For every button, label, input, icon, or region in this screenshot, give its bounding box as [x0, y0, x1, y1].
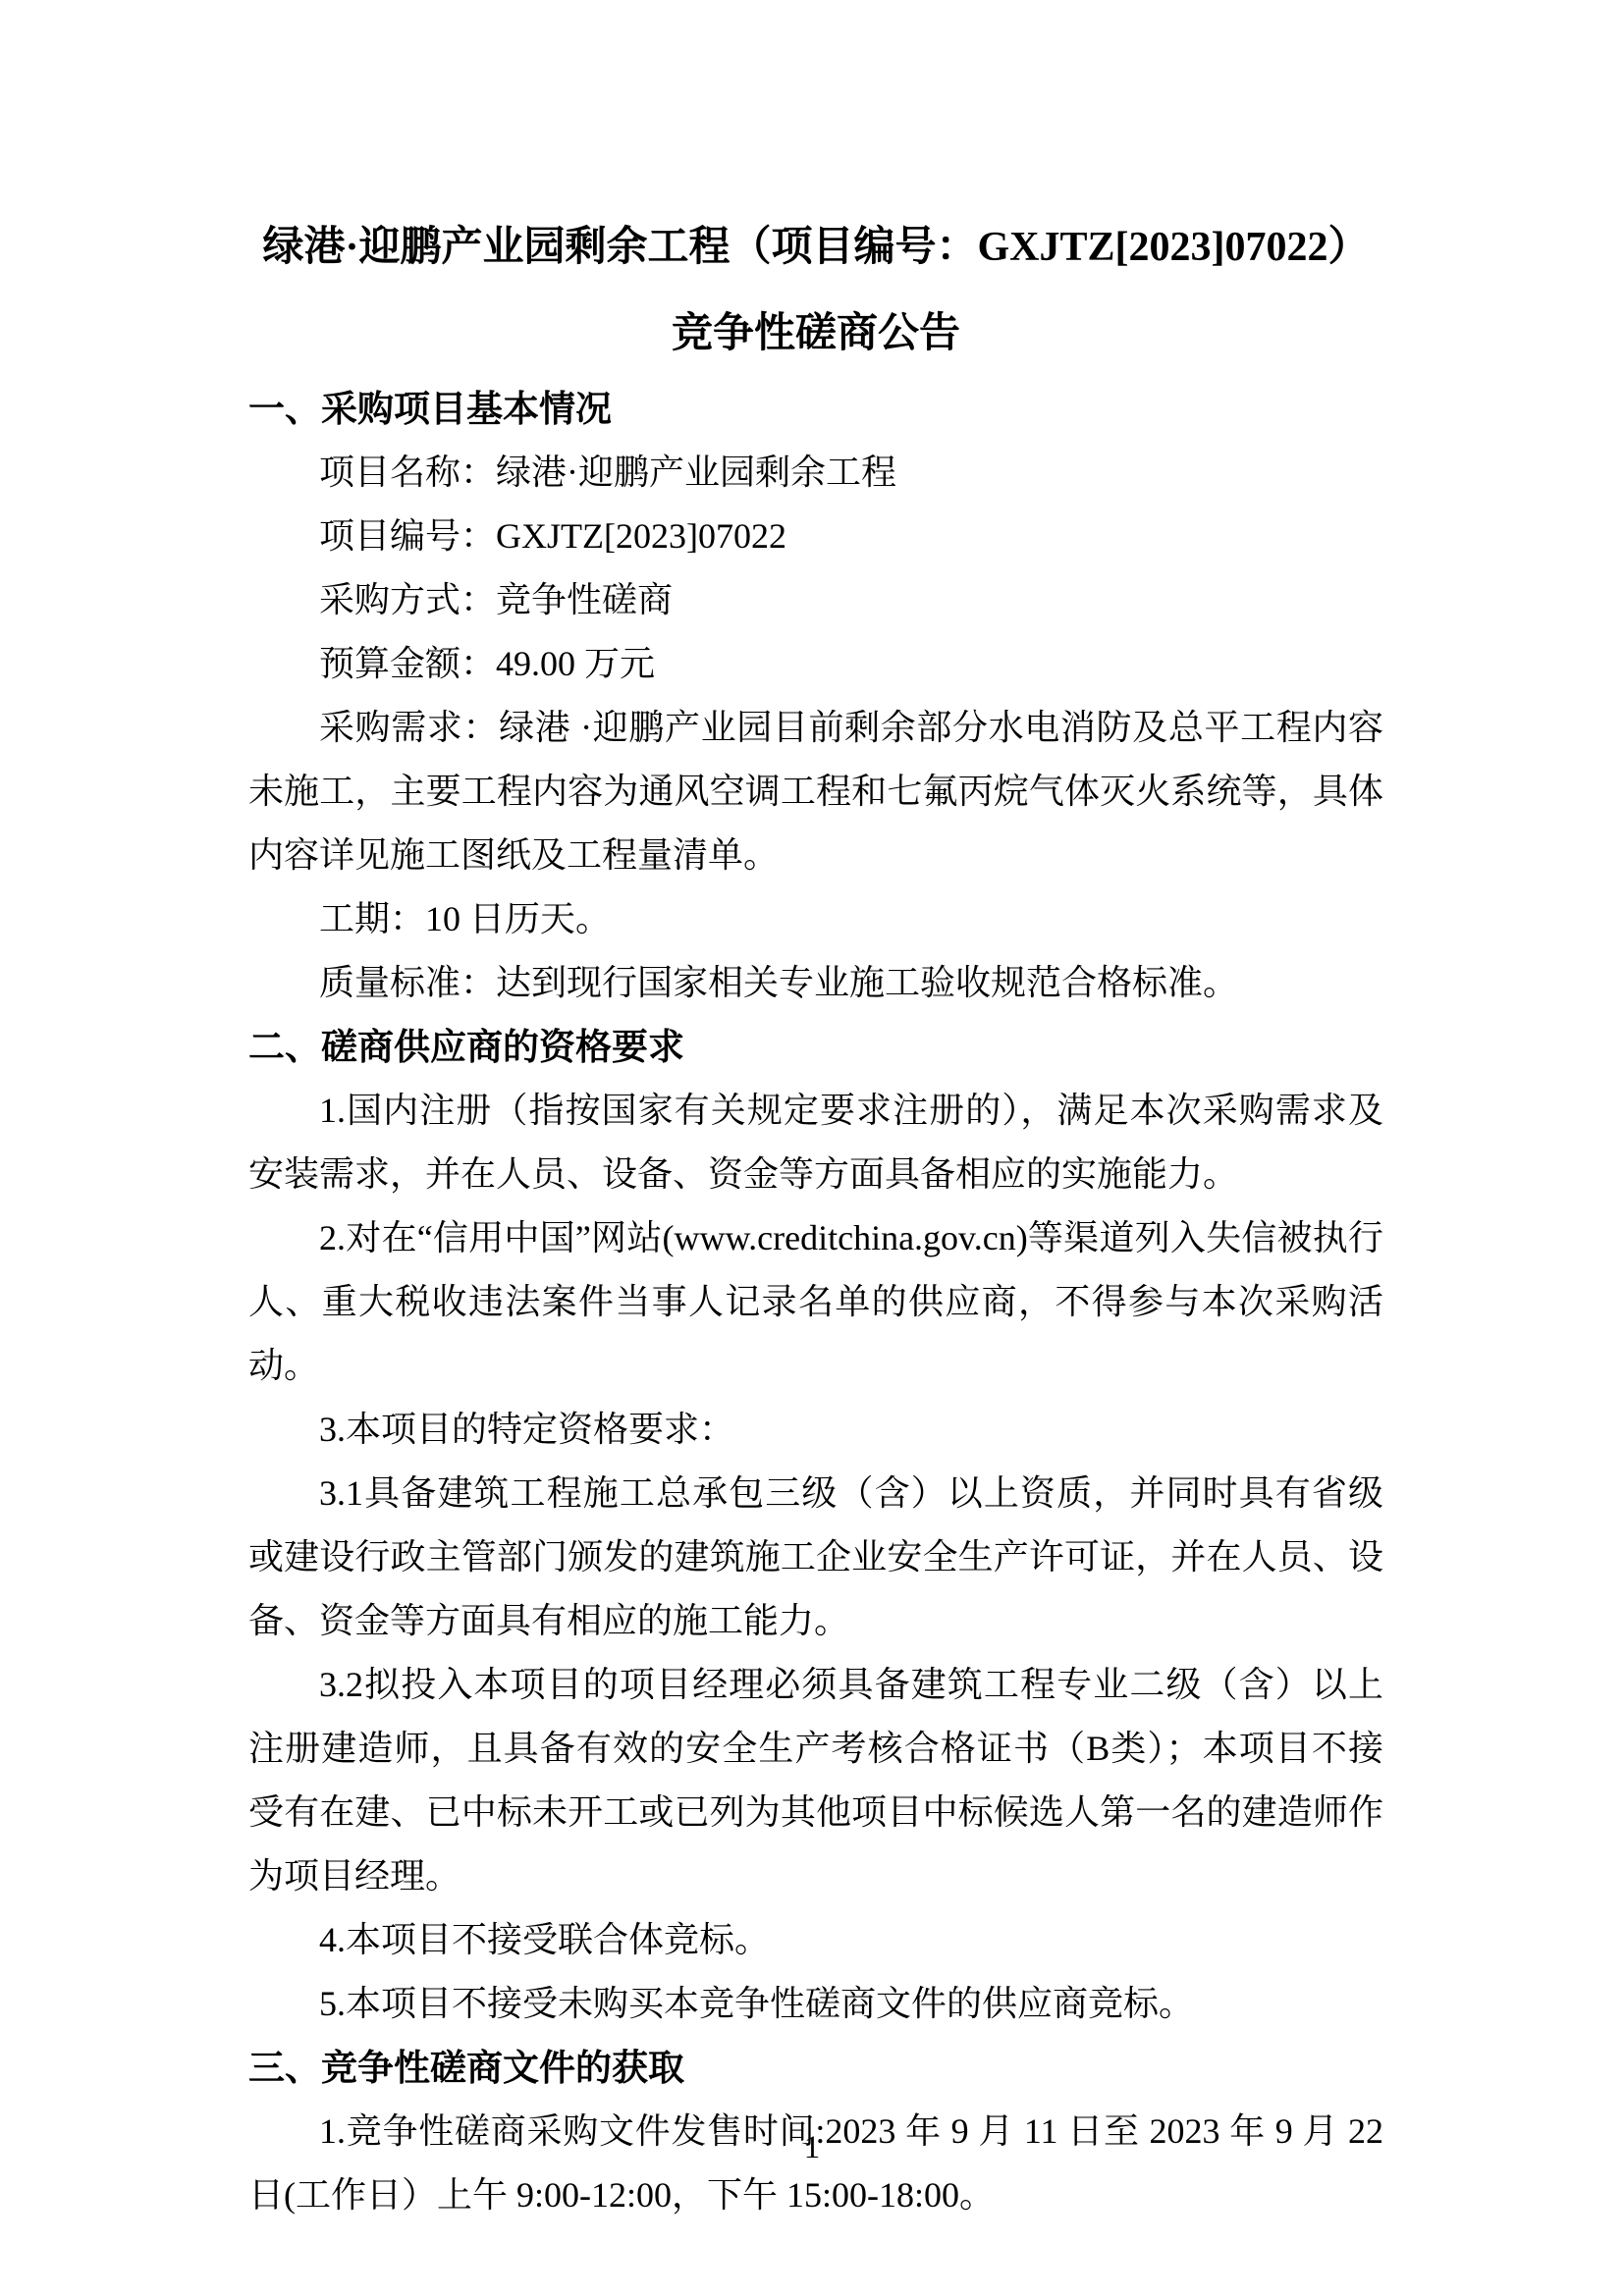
paragraph-qualification-1: 1.国内注册（指按国家有关规定要求注册的），满足本次采购需求及安装需求，并在人员…	[248, 1079, 1383, 1206]
document-subtitle: 竞争性磋商公告	[248, 291, 1383, 377]
paragraph-duration: 工期：10 日历天。	[248, 887, 1383, 951]
paragraph-qualification-3-1: 3.1具备建筑工程施工总承包三级（含）以上资质，并同时具有省级或建设行政主管部门…	[248, 1462, 1383, 1653]
paragraph-qualification-3: 3.本项目的特定资格要求：	[248, 1398, 1383, 1462]
section-basic-info: 一、采购项目基本情况 项目名称：绿港·迎鹏产业园剩余工程 项目编号：GXJTZ[…	[248, 377, 1383, 1015]
section-heading: 一、采购项目基本情况	[248, 377, 1383, 441]
paragraph-qualification-2: 2.对在“信用中国”网站(www.creditchina.gov.cn)等渠道列…	[248, 1206, 1383, 1398]
section-supplier-qualifications: 二、磋商供应商的资格要求 1.国内注册（指按国家有关规定要求注册的），满足本次采…	[248, 1015, 1383, 2036]
paragraph-procurement-method: 采购方式：竞争性磋商	[248, 568, 1383, 632]
paragraph-qualification-4: 4.本项目不接受联合体竞标。	[248, 1908, 1383, 1972]
paragraph-procurement-demand: 采购需求：绿港 ·迎鹏产业园目前剩余部分水电消防及总平工程内容未施工，主要工程内…	[248, 696, 1383, 887]
page-number: 1	[0, 2128, 1624, 2167]
paragraph-qualification-5: 5.本项目不接受未购买本竞争性磋商文件的供应商竞标。	[248, 1972, 1383, 2036]
paragraph-qualification-3-2: 3.2拟投入本项目的项目经理必须具备建筑工程专业二级（含）以上注册建造师，且具备…	[248, 1653, 1383, 1908]
section-heading: 三、竞争性磋商文件的获取	[248, 2036, 1383, 2100]
paragraph-project-number: 项目编号：GXJTZ[2023]07022	[248, 505, 1383, 568]
document-page: 绿港·迎鹏产业园剩余工程（项目编号：GXJTZ[2023]07022） 竞争性磋…	[0, 0, 1624, 2296]
paragraph-project-name: 项目名称：绿港·迎鹏产业园剩余工程	[248, 441, 1383, 505]
document-content: 绿港·迎鹏产业园剩余工程（项目编号：GXJTZ[2023]07022） 竞争性磋…	[248, 0, 1383, 2227]
document-title: 绿港·迎鹏产业园剩余工程（项目编号：GXJTZ[2023]07022）	[248, 204, 1383, 291]
paragraph-quality-standard: 质量标准：达到现行国家相关专业施工验收规范合格标准。	[248, 951, 1383, 1015]
paragraph-budget: 预算金额：49.00 万元	[248, 632, 1383, 696]
section-heading: 二、磋商供应商的资格要求	[248, 1015, 1383, 1079]
